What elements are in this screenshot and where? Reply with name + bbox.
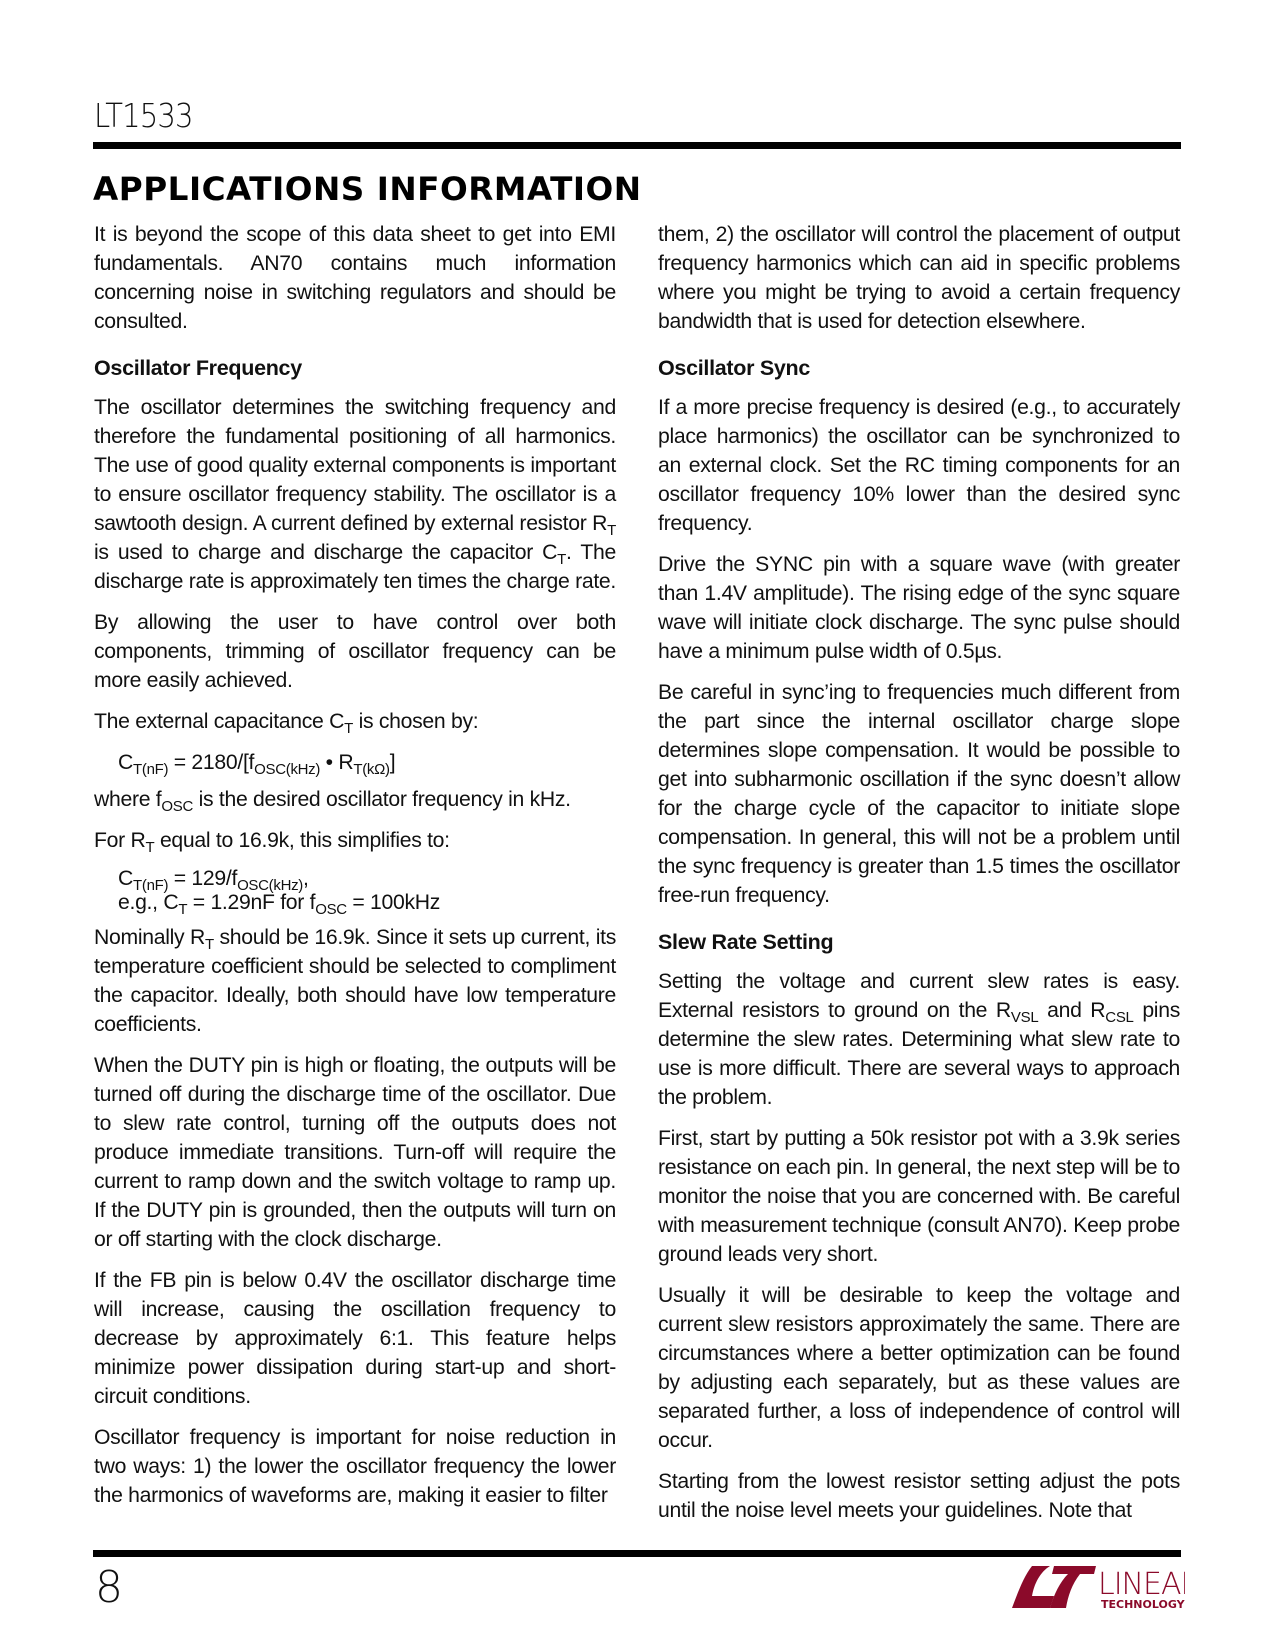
slew-paragraph-3: Usually it will be desirable to keep the… — [658, 1281, 1180, 1455]
section-title: APPLICATIONS INFORMATION — [93, 170, 642, 208]
text: = 2180/[f — [168, 751, 254, 774]
text: is chosen by: — [353, 710, 478, 733]
heading-oscillator-sync: Oscillator Sync — [658, 356, 1180, 381]
text: is used to charge and discharge the capa… — [94, 541, 557, 564]
subscript: OSC(kHz) — [254, 761, 320, 778]
sync-paragraph-2: Drive the SYNC pin with a square wave (w… — [658, 550, 1180, 666]
text: For R — [94, 829, 145, 852]
equation-ct: CT(nF) = 2180/[fOSC(kHz) • RT(kΩ)] — [94, 748, 616, 777]
right-column: them, 2) the oscillator will control the… — [658, 220, 1180, 1537]
linear-technology-logo-icon: LINEAR TECHNOLOGY — [1010, 1562, 1185, 1612]
duty-pin-paragraph: When the DUTY pin is high or floating, t… — [94, 1051, 616, 1254]
subscript: T — [205, 936, 214, 953]
svg-text:TECHNOLOGY: TECHNOLOGY — [1101, 1598, 1185, 1611]
subscript: CSL — [1105, 1009, 1133, 1026]
rt-simplify-intro: For RT equal to 16.9k, this simplifies t… — [94, 826, 616, 855]
text: C — [118, 751, 133, 774]
sync-paragraph-1: If a more precise frequency is desired (… — [658, 393, 1180, 538]
slew-paragraph-4: Starting from the lowest resistor settin… — [658, 1467, 1180, 1525]
text: is the desired oscillator frequency in k… — [193, 788, 571, 811]
subscript: T — [178, 901, 187, 918]
capacitance-intro: The external capacitance CT is chosen by… — [94, 707, 616, 736]
equation-ct-simplified: CT(nF) = 129/fOSC(kHz), e.g., CT = 1.29n… — [94, 867, 616, 915]
heading-oscillator-frequency: Oscillator Frequency — [94, 356, 616, 381]
oscillator-paragraph-2: By allowing the user to have control ove… — [94, 608, 616, 695]
header-rule — [93, 142, 1181, 149]
svg-text:LINEAR: LINEAR — [1098, 1567, 1185, 1602]
text: = 1.29nF for f — [187, 891, 315, 914]
text: and R — [1038, 999, 1105, 1022]
text: = 129/f — [168, 867, 237, 890]
oscillator-paragraph-1: The oscillator determines the switching … — [94, 393, 616, 596]
text: where f — [94, 788, 161, 811]
slew-paragraph-1: Setting the voltage and current slew rat… — [658, 967, 1180, 1112]
subscript: T(nF) — [133, 761, 168, 778]
equation-line-1: CT(nF) = 129/fOSC(kHz), — [118, 867, 616, 891]
text: = 100kHz — [347, 891, 440, 914]
subscript: T(kΩ) — [353, 761, 389, 778]
subscript: OSC — [315, 901, 347, 918]
slew-paragraph-2: First, start by putting a 50k resistor p… — [658, 1124, 1180, 1269]
text: , — [303, 867, 309, 890]
text: equal to 16.9k, this simplifies to: — [154, 829, 449, 852]
rt-nominal-paragraph: Nominally RT should be 16.9k. Since it s… — [94, 923, 616, 1039]
left-column: It is beyond the scope of this data shee… — [94, 220, 616, 1522]
part-number: LT1533 — [94, 96, 193, 135]
sync-paragraph-3: Be careful in sync’ing to frequencies mu… — [658, 678, 1180, 910]
subscript: VSL — [1011, 1009, 1038, 1026]
heading-slew-rate-setting: Slew Rate Setting — [658, 930, 1180, 955]
footer-rule — [93, 1550, 1181, 1557]
page-number: 8 — [95, 1562, 123, 1613]
fosc-definition: where fOSC is the desired oscillator fre… — [94, 785, 616, 814]
text: The oscillator determines the switching … — [94, 396, 616, 535]
text: C — [118, 867, 133, 890]
text: The external capacitance C — [94, 710, 344, 733]
fb-pin-paragraph: If the FB pin is below 0.4V the oscillat… — [94, 1266, 616, 1411]
equation-line-2: e.g., CT = 1.29nF for fOSC = 100kHz — [118, 891, 616, 915]
intro-paragraph: It is beyond the scope of this data shee… — [94, 220, 616, 336]
text: ] — [390, 751, 396, 774]
subscript: T — [344, 720, 353, 737]
harmonics-paragraph: them, 2) the oscillator will control the… — [658, 220, 1180, 336]
text: Nominally R — [94, 926, 205, 949]
subscript: T — [607, 522, 616, 539]
text: • R — [320, 751, 353, 774]
subscript: T — [557, 551, 566, 568]
text: e.g., C — [118, 891, 178, 914]
noise-reduction-paragraph: Oscillator frequency is important for no… — [94, 1423, 616, 1510]
subscript: OSC — [161, 798, 193, 815]
